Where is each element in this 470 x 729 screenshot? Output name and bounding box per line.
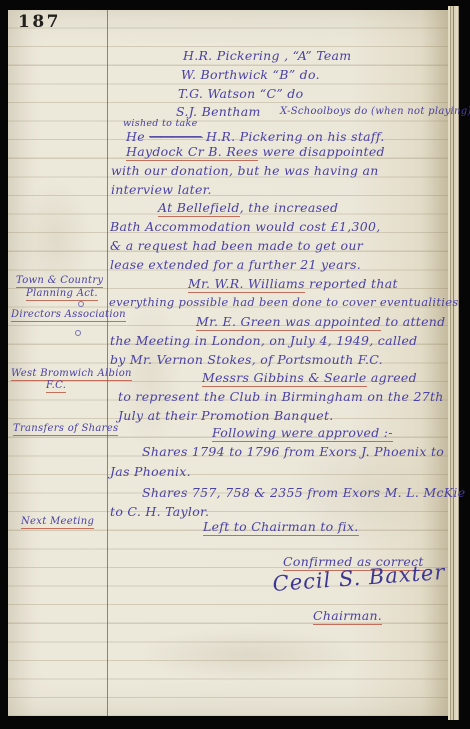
minute-line: lease extended for a further 21 years. [110,259,361,272]
struck-out-text: ————— [149,129,202,144]
minute-line: T.G. Watson “C” do [178,88,303,101]
underlined-phrase: Mr. W.R. Williams [188,276,305,293]
ditto-mark [75,330,81,336]
margin-heading-text: Planning Act. [26,288,98,301]
minute-book-scan: 187 Town & Country Planning Act. Directo… [0,0,470,729]
minute-line: with our donation, but he was having an [111,165,379,178]
minute-line: Haydock Cr B. Rees were disappointed [126,146,385,159]
minute-line: W. Borthwick “B” do. [181,69,320,82]
minute-line: Left to Chairman to fix. [203,521,359,534]
page-number: 187 [18,12,61,32]
minute-line: Mr. W.R. Williams reported that [188,278,398,291]
ditto-mark [78,301,84,307]
minute-line: & a request had been made to get our [110,240,363,253]
margin-heading-directors-association: Directors Association [11,310,126,320]
margin-heading-text: Next Meeting [21,516,94,529]
margin-heading-text: Town & Country [16,275,103,288]
minute-line: X-Schoolboys do (when not playing) [280,107,470,117]
signature-role: Chairman. [313,610,382,623]
minute-line: Mr. E. Green was appointed to attend [196,316,445,329]
minute-line: Bath Accommodation would cost £1,300, [110,221,381,234]
minute-text: He [126,129,149,144]
minute-line: interview later. [111,184,212,197]
minute-line: Messrs Gibbins & Searle agreed [202,372,417,385]
minute-line: July at their Promotion Banquet. [118,410,334,423]
margin-heading-planning-act: Planning Act. [26,289,98,299]
margin-heading-text: Directors Association [11,309,126,322]
underlined-phrase: Mr. E. Green was appointed [196,314,381,331]
minute-text: were disappointed [258,144,385,159]
margin-heading-fc: F.C. [46,381,66,391]
minute-text: , the increased [240,200,339,215]
minute-line: S.J. Bentham [176,106,261,119]
minute-line: everything possible had been done to cov… [109,297,459,309]
underlined-phrase: Chairman. [313,608,382,625]
minute-text: agreed [367,370,417,385]
margin-heading-text: Transfers of Shares [13,423,118,436]
minute-text: reported that [305,276,398,291]
minute-line: Shares 1794 to 1796 from Exors J. Phoeni… [142,446,444,459]
margin-heading-town-country: Town & Country [16,276,103,286]
underlined-phrase: Haydock Cr B. Rees [126,144,258,161]
minute-line: by Mr. Vernon Stokes, of Portsmouth F.C. [110,354,383,367]
minute-line: At Bellefield, the increased [158,202,338,215]
minute-text: to attend [381,314,445,329]
underlined-phrase: Messrs Gibbins & Searle [202,370,367,387]
minute-line: to C. H. Taylor. [110,506,209,519]
minute-line: the Meeting in London, on July 4, 1949, … [110,335,417,348]
underlined-phrase: Left to Chairman to fix. [203,519,359,536]
interlinear-insertion: wished to take [123,119,198,129]
minute-line: Jas Phoenix. [110,466,191,479]
margin-heading-text: West Bromwich Albion [11,368,132,381]
minute-line: H.R. Pickering , “A” Team [183,50,351,63]
minute-line: to represent the Club in Birmingham on t… [118,391,444,404]
margin-heading-transfers-of-shares: Transfers of Shares [13,424,118,434]
underlined-phrase: Following were approved :- [212,425,393,442]
red-margin-rule [107,10,108,716]
minute-text: H.R. Pickering on his staff. [202,129,385,144]
minute-line: Shares 757, 758 & 2355 from Exors M. L. … [142,487,465,500]
underlined-phrase: At Bellefield [158,200,240,217]
margin-heading-text: F.C. [46,380,66,393]
minute-line: Following were approved :- [212,427,393,440]
margin-heading-west-bromwich-albion: West Bromwich Albion [11,369,132,379]
minute-line: He ————— H.R. Pickering on his staff. [126,131,385,144]
margin-heading-next-meeting: Next Meeting [21,517,94,527]
